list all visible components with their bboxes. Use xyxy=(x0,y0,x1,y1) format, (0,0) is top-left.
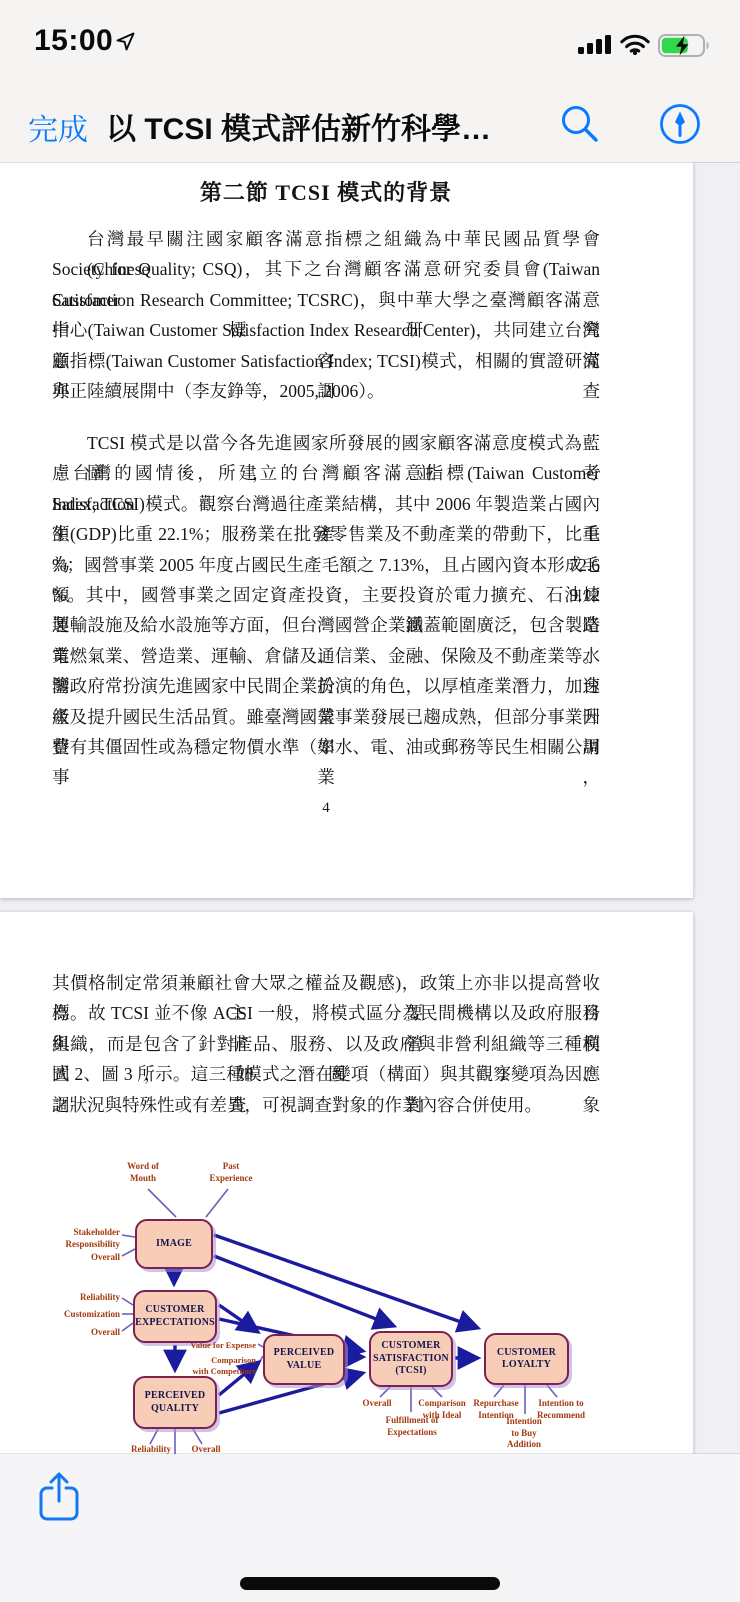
diagram-label-word-of-mouth: Word of Mouth xyxy=(112,1161,174,1184)
text-line: 標。故 TCSI 並不像 ACSI 一般，將模式區分為民間機構以及政府服務與非營… xyxy=(52,998,600,1028)
diagram-box-perceived-quality: PERCEIVED QUALITY xyxy=(133,1376,217,1429)
diagram-label-past-experience: Past Experience xyxy=(196,1161,266,1184)
text-line: 運輸設施及給水設施等方面，但台灣國營企業涵蓋範圍廣泛，包含製造業、水 xyxy=(52,610,600,640)
text-line: Society for Quality; CSQ)，其下之台灣顧客滿意研究委員會… xyxy=(52,254,600,284)
top-chrome: 15:00 完成 以 TCSI 模式評估新竹科學… xyxy=(0,0,740,162)
markup-pen-icon[interactable] xyxy=(658,102,702,151)
ios-document-viewer: { "status_bar": { "time": "15:00" }, "na… xyxy=(0,0,740,1602)
location-arrow-icon xyxy=(114,29,137,57)
share-icon[interactable] xyxy=(36,1470,82,1529)
diagram-box-customer-expectations: CUSTOMER EXPECTATIONS xyxy=(133,1290,217,1343)
pdf-page-4: 第二節 TCSI 模式的背景 台灣最早關注國家顧客滿意指標之組織為中華民國品質學… xyxy=(0,162,693,898)
diagram-label-stakeholder-responsibility: Stakeholder Responsibility xyxy=(54,1227,120,1250)
battery-charging-icon xyxy=(658,34,713,62)
text-line: 灣政府常扮演先進國家中民間企業扮演的角色，以厚植產業潛力，加速產業升 xyxy=(52,671,600,701)
page1-paragraph-1: 台灣最早關注國家顧客滿意指標之組織為中華民國品質學會(Chinese Socie… xyxy=(52,224,600,406)
diagram-label-comparison-with-ideal: Comparison with Ideal xyxy=(410,1398,474,1421)
diagram-label-overall-satisfaction: Overall xyxy=(349,1398,405,1410)
text-line: 組織，而是包含了針對產品、服務、以及政府與非營利組織等三種模式，如圖 1、 xyxy=(52,1029,600,1059)
diagram-label-intention-to-buy-addition: Intention to Buy Addition xyxy=(497,1416,551,1451)
text-line: 台灣最早關注國家顧客滿意指標之組織為中華民國品質學會(Chinese xyxy=(52,224,600,254)
search-icon[interactable] xyxy=(558,102,602,151)
text-line: Satisfaction Research Committee; TCSRC)，… xyxy=(52,285,600,315)
section-heading: 第二節 TCSI 模式的背景 xyxy=(52,176,600,207)
wifi-icon xyxy=(620,34,650,60)
diagram-box-perceived-value: PERCEIVED VALUE xyxy=(263,1334,345,1385)
bottom-toolbar xyxy=(0,1454,740,1602)
done-button[interactable]: 完成 xyxy=(28,105,88,149)
text-line: 級及提升國民生活品質。雖臺灣國營事業發展已趨成熟，但部分事業因費率調 xyxy=(52,702,600,732)
diagram-label-overall-expectations: Overall xyxy=(58,1327,120,1339)
text-line: %。其中，國營事業之固定資產投資，主要投資於電力擴充、石油煉製、鐵路 xyxy=(52,580,600,610)
page2-paragraph: 其價格制定常須兼顧社會大眾之權益及觀感)，政策上亦非以提高營收為主要目 標。故 … xyxy=(52,968,600,1120)
text-line: 額(GDP)比重 22.1%；服務業在批發零售業及不動產業的帶動下，比重為 72… xyxy=(52,519,600,549)
page1-paragraph-2: TCSI 模式是以當今各先進國家所發展的國家顧客滿意度模式為藍圖，並考 慮台灣的… xyxy=(52,428,600,762)
diagram-label-value-for-expense: Value for Expense xyxy=(186,1340,256,1351)
pdf-page-5: 其價格制定常須兼顧社會大眾之權益及觀感)，政策上亦非以提高營收為主要目 標。故 … xyxy=(0,912,693,1454)
diagram-box-customer-satisfaction: CUSTOMER SATISFACTION (TCSI) xyxy=(369,1331,453,1387)
tcsi-model-diagram: IMAGE CUSTOMER EXPECTATIONS PERCEIVED QU… xyxy=(30,1153,690,1454)
page-number: 4 xyxy=(52,800,600,817)
diagram-box-customer-loyalty: CUSTOMER LOYALTY xyxy=(484,1333,569,1385)
status-time: 15:00 xyxy=(34,24,113,58)
document-scroll-area[interactable]: 第二節 TCSI 模式的背景 台灣最早關注國家顧客滿意指標之組織為中華民國品質學… xyxy=(0,162,740,1454)
text-line: 其價格制定常須兼顧社會大眾之權益及觀感)，政策上亦非以提高營收為主要目 xyxy=(52,968,600,998)
cellular-signal-icon xyxy=(578,34,614,59)
text-line: Index; TCSI)模式。觀察台灣過往產業結構，其中 2006 年製造業占國… xyxy=(52,489,600,519)
text-line: 電燃氣業、營造業、運輸、倉儲及通信業、金融、保險及不動產業等。鑒於台 xyxy=(52,641,600,671)
text-line: 之狀況與特殊性或有差異，可視調查對象的作業內容合併使用。 xyxy=(52,1090,600,1120)
text-line: %；國營事業 2005 年度占國民生產毛額之 7.13%，且占國內資本形成毛額 … xyxy=(52,550,600,580)
diagram-label-customization: Customization xyxy=(46,1309,120,1321)
home-indicator[interactable] xyxy=(240,1577,500,1590)
text-line: 意指標(Taiwan Customer Satisfaction Index; … xyxy=(52,346,600,376)
diagram-box-image: IMAGE xyxy=(135,1219,213,1269)
diagram-label-overall-image: Overall xyxy=(58,1252,120,1264)
text-line: 圖 2、圖 3 所示。這三種模式之潛在變項（構面）與其觀察變項為因應調查對象 xyxy=(52,1059,600,1089)
document-title: 以 TCSI 模式評估新竹科學… xyxy=(106,104,536,148)
diagram-label-reliability-expectations: Reliability xyxy=(58,1292,120,1304)
text-line: 整有其僵固性或為穩定物價水準（如水、電、油或郵務等民生相關公用事業， xyxy=(52,732,600,762)
text-line: 慮台灣的國情後，所建立的台灣顧客滿意指標(Taiwan Customer Sat… xyxy=(52,458,600,488)
text-line: TCSI 模式是以當今各先進國家所發展的國家顧客滿意度模式為藍圖，並考 xyxy=(52,428,600,458)
diagram-label-reliability-quality: Reliability xyxy=(120,1444,182,1454)
diagram-label-overall-quality: Overall xyxy=(178,1444,234,1454)
text-line: 中心(Taiwan Customer Satisfaction Index Re… xyxy=(52,315,600,345)
diagram-label-comparison-with-competitors: Comparison with Competitors xyxy=(176,1355,256,1377)
